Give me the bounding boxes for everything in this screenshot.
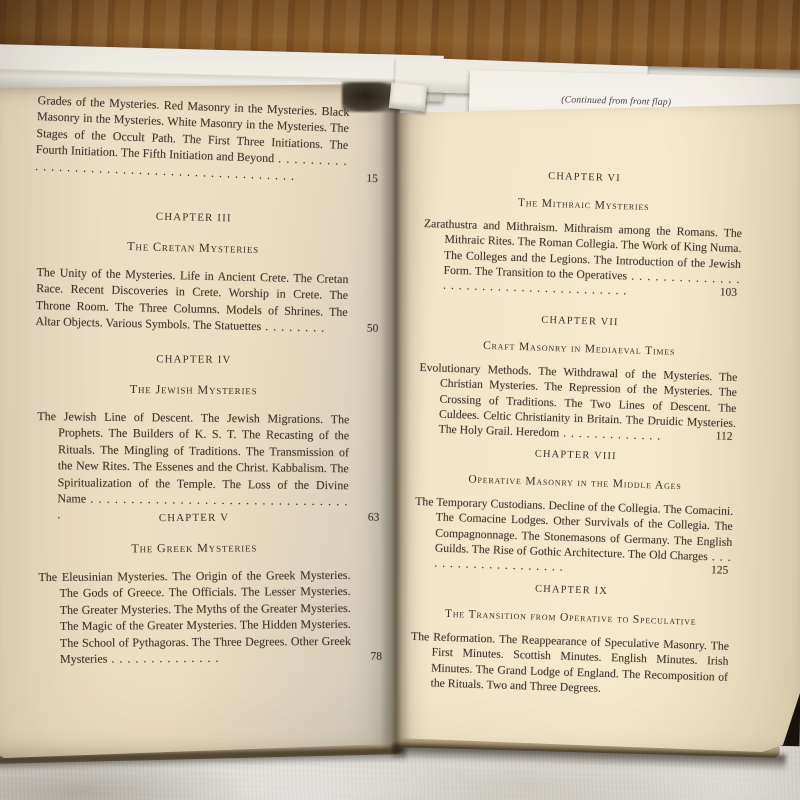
chapter-heading: CHAPTER VI xyxy=(425,167,743,188)
chapter-summary: The Eleusinian Mysteries. The Origin of … xyxy=(38,567,351,668)
book-gutter-shadow xyxy=(380,84,410,752)
chapter-4-section: CHAPTER IV The Jewish Mysteries The Jewi… xyxy=(36,352,350,526)
leader-dots: . . . . . . . . . . . . . . xyxy=(107,651,219,666)
chapter-summary: The Jewish Line of Descent. The Jewish M… xyxy=(36,408,349,526)
chapter-summary: Zarathustra and Mithraism. Mithraism amo… xyxy=(422,216,742,302)
page-number: 15 xyxy=(366,170,378,187)
chapter-heading: CHAPTER V xyxy=(38,511,350,525)
chapter-title: The Mithraic Mysteries xyxy=(425,193,743,216)
chapter-3-section: CHAPTER III The Cretan Mysteries The Uni… xyxy=(35,208,350,337)
leader-dots: . . . . . . . . xyxy=(261,319,325,334)
chapter-title: Craft Masonry in Mediaeval Times xyxy=(420,337,738,360)
chapter-summary: The Unity of the Mysteries. Life in Anci… xyxy=(35,264,348,337)
chapter-summary: The Temporary Custodians. Decline of the… xyxy=(413,494,733,580)
chapter-8-section: CHAPTER VIII Operative Masonry in the Mi… xyxy=(413,445,735,580)
page-number: 103 xyxy=(719,286,737,302)
jacket-corner-fold xyxy=(389,82,428,112)
right-page-content: CHAPTER VI The Mithraic Mysteries Zarath… xyxy=(373,96,800,774)
chapter-summary: The Reformation. The Reappearance of Spe… xyxy=(409,629,729,700)
page-number: 125 xyxy=(711,563,729,579)
summary-text: The Reformation. The Reappearance of Spe… xyxy=(411,630,729,695)
chapter-summary: Evolutionary Methods. The Withdrawal of … xyxy=(417,360,737,446)
gutter-shadow-top xyxy=(342,82,394,112)
chapter-heading: CHAPTER IX xyxy=(412,580,730,601)
summary-text: The Jewish Line of Descent. The Jewish M… xyxy=(37,409,349,506)
chapter-title: The Jewish Mysteries xyxy=(38,381,350,399)
chapter-6-section: CHAPTER VI The Mithraic Mysteries Zarath… xyxy=(422,167,744,302)
toc-entry-continued: Grades of the Mysteries. Red Masonry in … xyxy=(35,92,350,186)
page-number: 63 xyxy=(368,510,380,527)
page-number: 112 xyxy=(715,429,732,445)
chapter-title: The Cretan Mysteries xyxy=(37,237,349,259)
chapter-7-section: CHAPTER VII Craft Masonry in Mediaeval T… xyxy=(417,311,739,446)
chapter-5-section: CHAPTER V The Greek Mysteries The Eleusi… xyxy=(38,511,351,668)
chapter-title: The Transition from Operative to Specula… xyxy=(412,606,730,629)
book-photo: (Continued from front flap) Grades of th… xyxy=(0,0,800,800)
leader-dots: . . . . . . . . . . . . . xyxy=(559,427,661,443)
summary-text: The Temporary Custodians. Decline of the… xyxy=(415,495,733,563)
chapter-summary: Grades of the Mysteries. Red Masonry in … xyxy=(35,92,350,186)
chapter-9-section: CHAPTER IX The Transition from Operative… xyxy=(409,580,730,700)
chapter-heading: CHAPTER VII xyxy=(421,311,739,332)
left-page: Grades of the Mysteries. Red Masonry in … xyxy=(0,82,400,758)
chapter-heading: CHAPTER VIII xyxy=(417,445,735,466)
chapter-heading: CHAPTER IV xyxy=(38,352,350,367)
chapter-title: Operative Masonry in the Middle Ages xyxy=(416,471,734,494)
right-page: CHAPTER VI The Mithraic Mysteries Zarath… xyxy=(394,96,800,762)
page-number: 50 xyxy=(367,321,379,338)
chapter-title: The Greek Mysteries xyxy=(38,540,350,557)
chapter-heading: CHAPTER III xyxy=(38,208,350,227)
